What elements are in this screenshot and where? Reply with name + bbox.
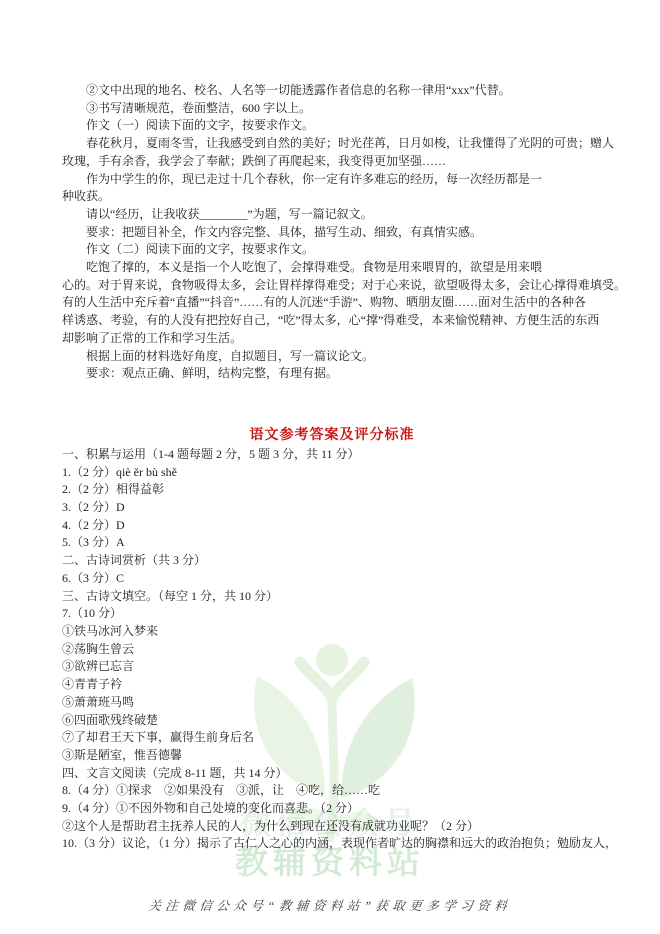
text-line: ②这个人是帮助君主抚养人民的人，为什么到现在还没有成就功业呢？（2 分）	[62, 818, 602, 836]
text-line: 5.（3 分）A	[62, 534, 602, 552]
text-line: 三、古诗文填空。（每空 1 分，共 10 分）	[62, 588, 602, 606]
text-line: 2.（2 分）相得益彰	[62, 481, 602, 499]
text-line: 要求：把题目补全，作文内容完整、具体，描写生动、细致，有真情实感。	[62, 224, 602, 242]
text-line: ⑥四面歌残终破楚	[62, 712, 602, 730]
text-line: ④青青子衿	[62, 676, 602, 694]
text-line: 作文（二）阅读下面的文字，按要求作文。	[62, 241, 602, 259]
text-line: 四、文言文阅读（完成 8-11 题，共 14 分）	[62, 765, 602, 783]
text-line: ⑤萧萧班马鸣	[62, 694, 602, 712]
text-line: 吃饱了撑的，本义是指一个人吃饱了，会撑得难受。食物是用来喂胃的，欲望是用来喂	[62, 259, 602, 277]
text-line: 却影响了正常的工作和学习生活。	[62, 330, 602, 348]
text-line: 1.（2 分）qiè ěr bù shě	[62, 464, 602, 482]
text-line: 玫瑰，手有余香，我学会了奉献；跌倒了再爬起来，我变得更加坚强……	[62, 153, 602, 171]
text-line: ⑦了却君王天下事，赢得生前身后名	[62, 729, 602, 747]
text-line: 一、积累与运用（1-4 题每题 2 分，5 题 3 分，共 11 分）	[62, 446, 602, 464]
text-line: 根据上面的材料选好角度，自拟题目，写一篇议论文。	[62, 348, 602, 366]
text-line: ②荡胸生曾云	[62, 641, 602, 659]
text-line: 6.（3 分）C	[62, 570, 602, 588]
text-line: ③书写清晰规范，卷面整洁，600 字以上。	[62, 100, 602, 118]
text-line: 作文（一）阅读下面的文字，按要求作文。	[62, 117, 602, 135]
text-line: ①铁马冰河入梦来	[62, 623, 602, 641]
text-line: 9.（4 分）①不因外物和自己处境的变化而喜悲。（2 分）	[62, 800, 602, 818]
text-line: 有的人生活中充斥着“直播”“抖音”……有的人沉迷“手游”、购物、晒朋友圈……面对…	[62, 294, 602, 312]
text-line: 4.（2 分）D	[62, 517, 602, 535]
text-line: 请以“经历，让我收获________”为题，写一篇记叙文。	[62, 206, 602, 224]
footer-note: 关注微信公众号“教辅资料站”获取更多学习资料	[0, 896, 660, 914]
intro-section: ②文中出现的地名、校名、人名等一切能透露作者信息的名称一律用“xxx”代替。③书…	[62, 82, 602, 383]
text-line: 种收获。	[62, 188, 602, 206]
text-line: 3.（2 分）D	[62, 499, 602, 517]
text-line: 二、古诗词赏析（共 3 分）	[62, 552, 602, 570]
text-line: ③欲辨已忘言	[62, 658, 602, 676]
answers-title: 语文参考答案及评分标准	[62, 427, 602, 445]
text-line: 7.（10 分）	[62, 605, 602, 623]
text-line: 春花秋月，夏雨冬雪，让我感受到自然的美好；时光荏苒，日月如梭，让我懂得了光阴的可…	[62, 135, 602, 153]
text-line: 8.（4 分）①探求 ②如果没有 ③派，让 ④吃，给……吃	[62, 782, 602, 800]
answers-section: 一、积累与运用（1-4 题每题 2 分，5 题 3 分，共 11 分）1.（2 …	[62, 446, 602, 853]
text-line: 作为中学生的你，现已走过十几个春秋，你一定有许多难忘的经历，每一次经历都是一	[62, 171, 602, 189]
document-page: 微信公众号 教辅资料站 ②文中出现的地名、校名、人名等一切能透露作者信息的名称一…	[0, 0, 660, 934]
text-line: 10.（3 分）议论，（1 分）揭示了古仁人之心的内涵，表现作者旷达的胸襟和远大…	[62, 835, 602, 853]
text-line: ③斯是陋室，惟吾德馨	[62, 747, 602, 765]
text-line: 要求：观点正确、鲜明，结构完整，有理有据。	[62, 365, 602, 383]
document-content: ②文中出现的地名、校名、人名等一切能透露作者信息的名称一律用“xxx”代替。③书…	[62, 82, 602, 853]
text-line: ②文中出现的地名、校名、人名等一切能透露作者信息的名称一律用“xxx”代替。	[62, 82, 602, 100]
text-line: 样诱惑、考验，有的人没有把控好自己，“吃”得太多，心“撑”得难受，本来愉悦精神、…	[62, 312, 602, 330]
text-line: 心的。对于胃来说，食物吸得太多，会让胃样撑得难受；对于心来说，欲望吸得太多，会让…	[62, 277, 602, 295]
